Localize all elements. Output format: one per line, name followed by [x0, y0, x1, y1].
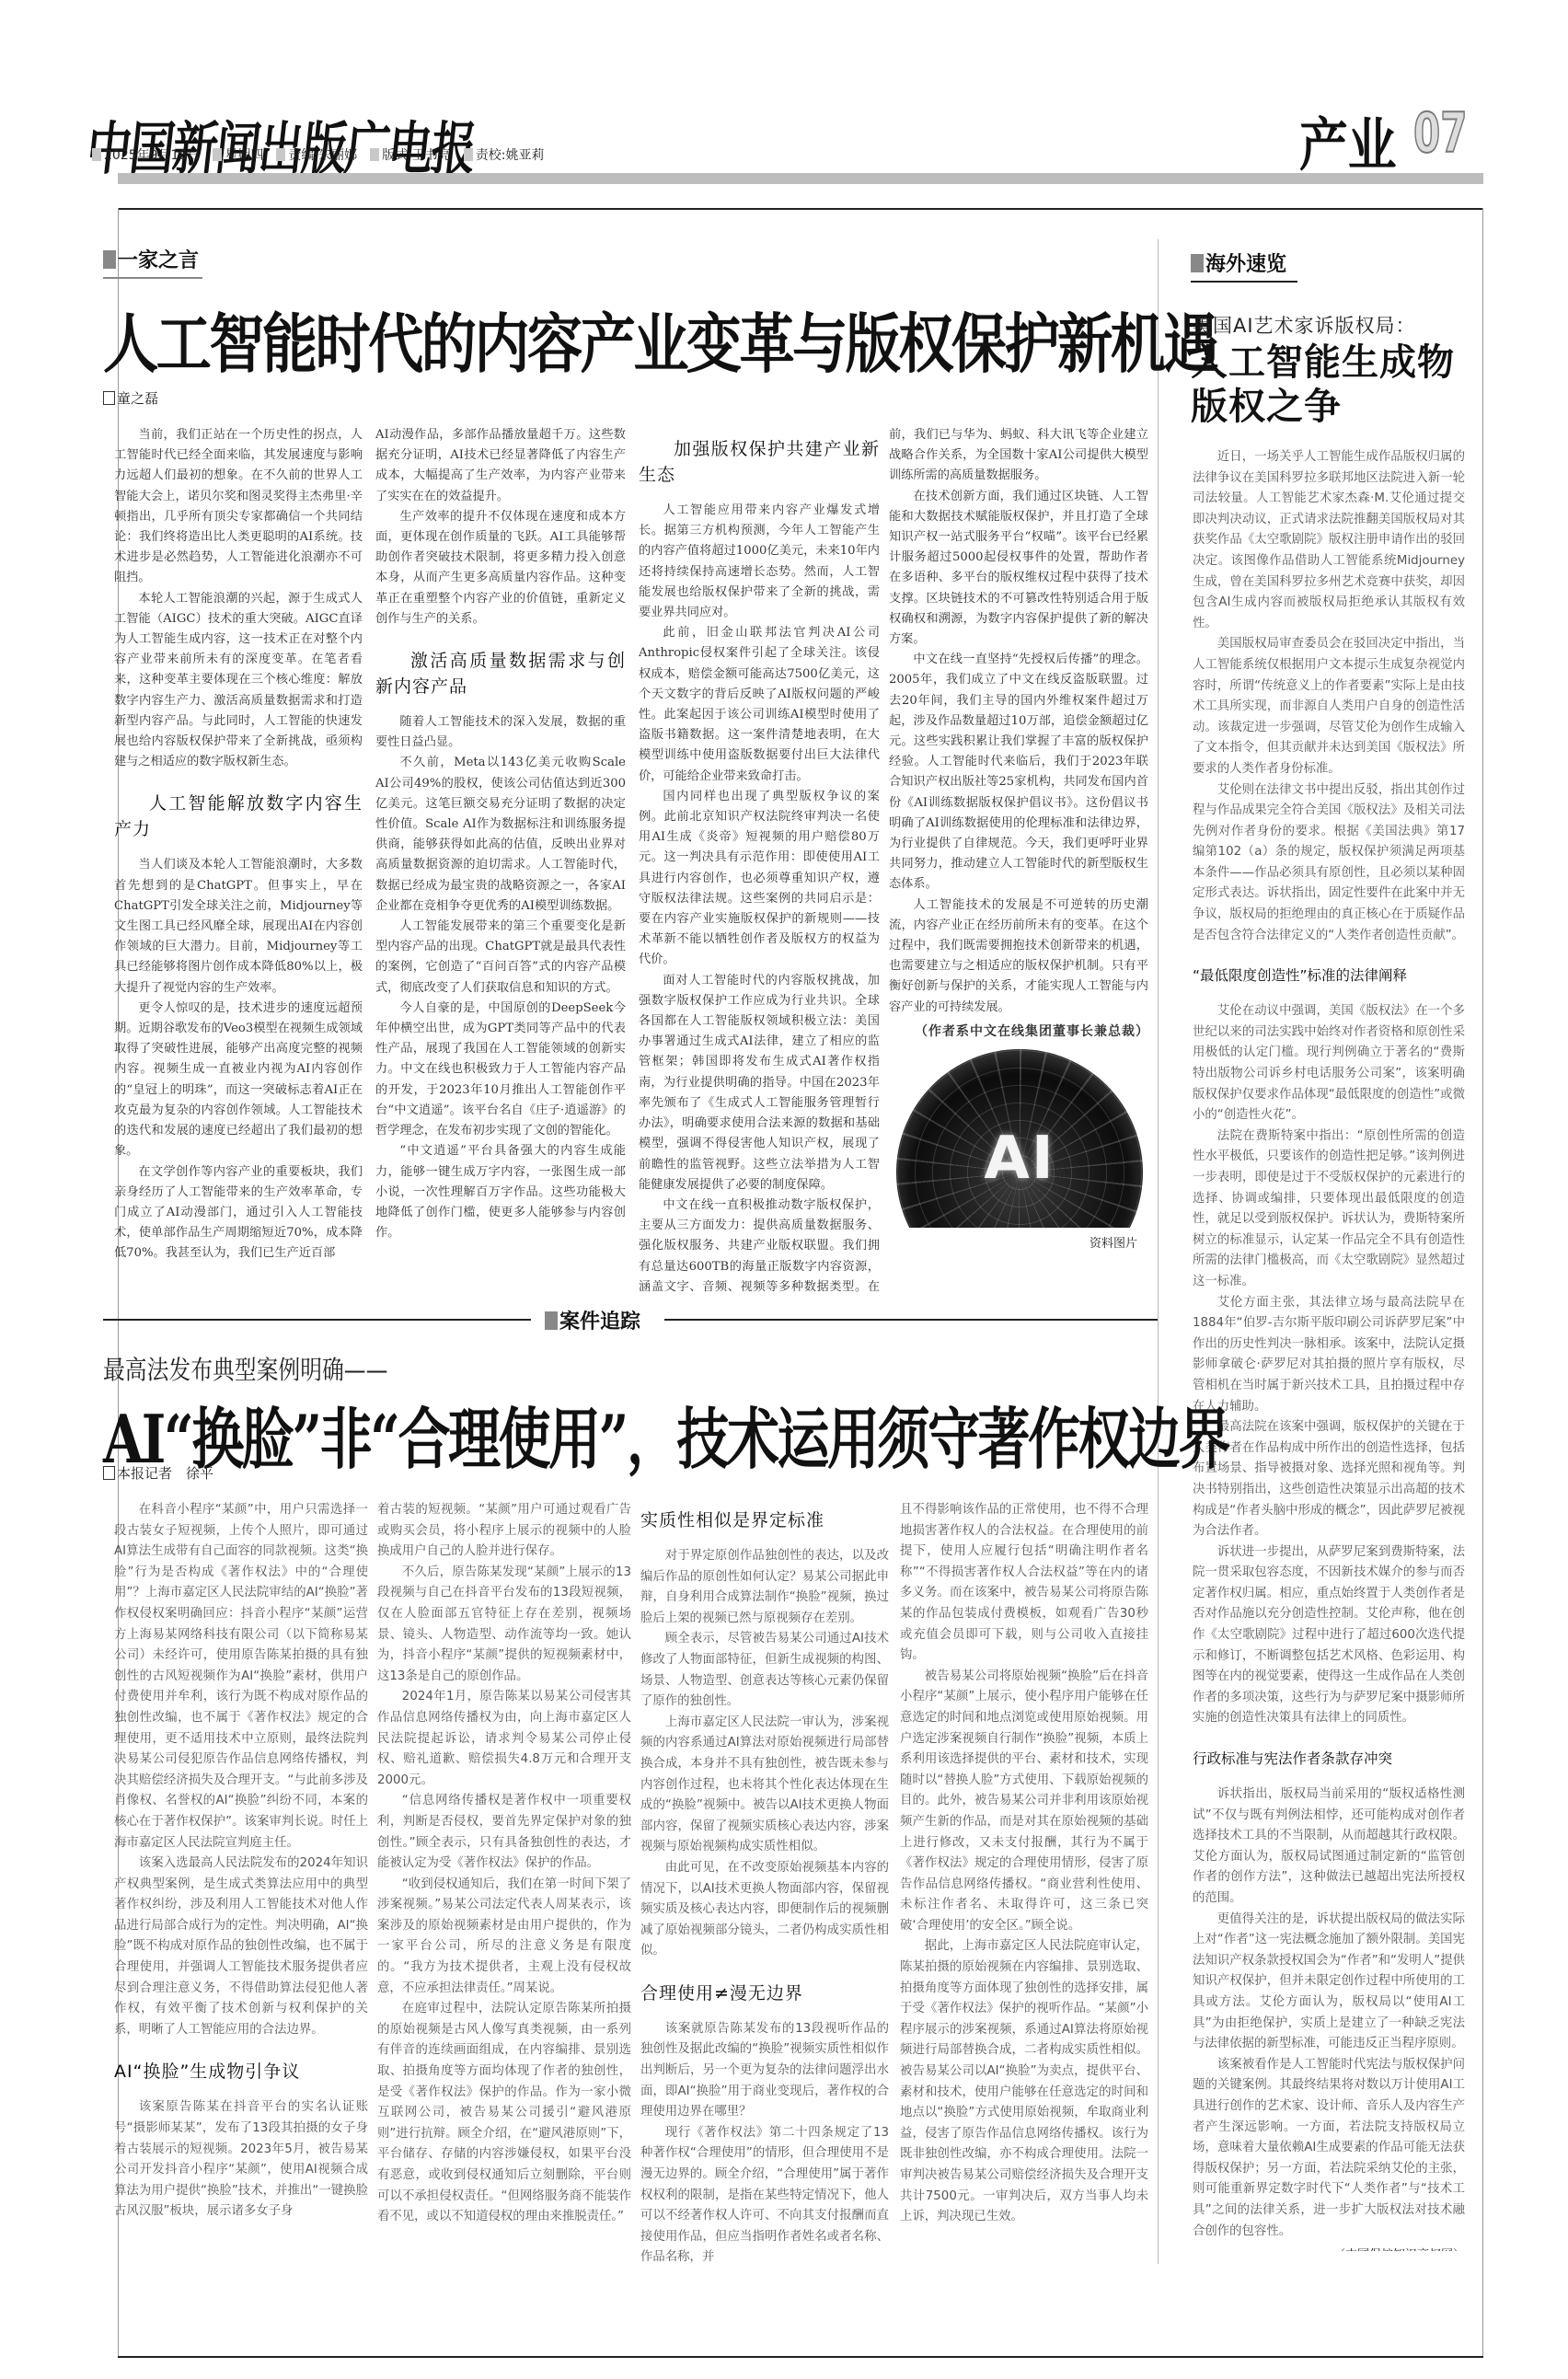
bottom-column-3: 实质性相似是界定标准 对于界定原创作品独创性的表达，以及改编后作品的原创性如何认… [640, 1500, 889, 2273]
top-column-4: 前，我们已与华为、蚂蚁、科大讯飞等企业建立战略合作关系，为全国数十家AI公司提供… [889, 425, 1148, 1040]
paragraph: 面对人工智能时代的内容版权挑战，加强数字版权保护工作应成为行业共识。全球各国都在… [639, 971, 880, 1195]
top-column-3: 加强版权保护共建产业新生态 人工智能应用带来内容产业爆发式增长。据第三方机构预测… [639, 425, 880, 1299]
paragraph: 对于界定原创作品独创性的表达，以及改编后作品的原创性如何认定？易某公司据此申辩，… [640, 1546, 889, 1629]
paragraph: 人工智能发展带来的第三个重要变化是新型内容产品的出现。ChatGPT就是最具代表… [375, 917, 626, 999]
paragraph: 该案就原告陈某发布的13段视听作品的独创性及据此改编的“换脸”视频实质性相似作出… [640, 2019, 889, 2123]
paragraph: 最高法院在该案中强调，版权保护的关键在于人类作者在作品构成中所作出的创造性选择，… [1193, 1417, 1465, 1542]
paragraph: 不久后，原告陈某发现“某颜”上展示的13段视频与自己在抖音平台发布的13段短视频… [377, 1563, 631, 1688]
column-label-haiwaisulan: 海外速览 [1191, 248, 1297, 283]
issue-weekday: 星期四 [213, 145, 263, 164]
paragraph: 本轮人工智能浪潮的兴起，源于生成式人工智能（AIGC）技术的重大突破。AIGC直… [114, 589, 363, 773]
masthead-bar [118, 173, 1483, 184]
issue-proofreader: 责校:姚亚莉 [464, 145, 545, 164]
subheading: 人工智能解放数字内容生产力 [114, 791, 363, 842]
paragraph: 人工智能技术的发展是不可逆转的历史潮流，内容产业正在经历前所未有的变革。在这个过… [889, 895, 1148, 1018]
paragraph: 艾伦则在法律文书中提出反驳，指出其创作过程与作品成果完全符合美国《版权法》及相关… [1193, 780, 1465, 947]
subheading: 激活高质量数据需求与创新内容产品 [375, 648, 626, 699]
paragraph: 在庭审过程中，法院认定原告陈某所拍摄的原始视频是古风人像写真类视频，由一系列有伴… [377, 1999, 631, 2228]
paragraph: 据此，上海市嘉定区人民法院庭审认定，陈某拍摄的原始视频在内容编排、景别选取、拍摄… [900, 1936, 1148, 2227]
top-headline: 人工智能时代的内容产业变革与版权保护新机遇 [103, 293, 1216, 386]
bullet-square-icon [464, 148, 473, 161]
paragraph: 国内同样也出现了典型版权争议的案例。此前北京知识产权法院终审判决一名使用AI生成… [639, 787, 880, 971]
section-title: 产业 [1299, 99, 1396, 181]
paragraph: 当前，我们正站在一个历史性的拐点，人工智能时代已经全面来临，其发展速度与影响力远… [114, 425, 363, 589]
subheading: AI“换脸”生成物引争议 [114, 2059, 368, 2085]
paragraph: 随着人工智能技术的深入发展，数据的重要性日益凸显。 [375, 712, 626, 753]
paragraph: 更令人惊叹的是，技术进步的速度远超预期。近期谷歌发布的Veo3模型在视频生成领域… [114, 999, 363, 1162]
bottom-byline: 本报记者 徐平 [103, 1463, 213, 1483]
bullet-square-icon [370, 148, 379, 161]
frame-top-rule [118, 208, 1483, 210]
paragraph: 在科音小程序“某颜”中，用户只需选择一段古装女子短视频，上传个人照片，即可通过A… [114, 1500, 368, 1854]
column-label-anjianzhuizong: 案件追踪 [545, 1306, 640, 1338]
sidebar-kicker: 美国AI艺术家诉版权局： [1193, 311, 1416, 339]
paragraph: 中文在线一直坚持“先授权后传播”的理念。2005年，我们成立了中文在线反盗版联盟… [889, 650, 1148, 895]
byline-box-icon [103, 1466, 115, 1480]
issue-layout: 版式:王书亮 [370, 145, 451, 164]
paragraph: 被告易某公司将原始视频“换脸”后在抖音小程序“某颜”上展示，使小程序用户能够在任… [900, 1667, 1148, 1937]
paragraph: 且不得影响该作品的正常使用，也不得不合理地损害著作权人的合法权益。在合理使用的前… [900, 1500, 1148, 1667]
paragraph: 不久前，Meta以143亿美元收购Scale AI公司49%的股权，使该公司估值… [375, 753, 626, 917]
sidebar-source-credit: （中国保护知识产权网） [1193, 2246, 1465, 2251]
paragraph: 现行《著作权法》第二十四条规定了13种著作权“合理使用”的情形，但合理使用不是漫… [640, 2123, 889, 2269]
sidebar-headline-line-2: 版权之争 [1191, 385, 1455, 429]
paragraph: AI动漫作品，多部作品播放量超千万。这些数据充分证明，AI技术已经显著降低了内容… [375, 425, 626, 507]
top-column-2: AI动漫作品，多部作品播放量超千万。这些数据充分证明，AI技术已经显著降低了内容… [375, 425, 626, 1299]
subheading: 行政标准与宪法作者条款存冲突 [1193, 1746, 1465, 1772]
paragraph: 中文在线一直积极推动数字版权保护，主要从三方面发力：提供高质量数据服务、强化版权… [639, 1195, 880, 1299]
paragraph: 该案入选最高人民法院发布的2024年知识产权典型案例，是生成式类算法应用中的典型… [114, 1854, 368, 2040]
column-label-yijiazhiyan: 一家之言 [103, 245, 202, 279]
paragraph: “收到侵权通知后，我们在第一时间下架了涉案视频。”易某公司法定代表人周某表示，该… [377, 1875, 631, 2000]
bottom-headline: AI“换脸”非“合理使用”，技术运用须守著作权边界 [103, 1386, 1228, 1482]
paragraph: 顾全表示，尽管被告易某公司通过AI技术修改了人物面部特征，但新生成视频的构图、场… [640, 1629, 889, 1712]
bullet-square-icon [92, 148, 101, 161]
bottom-column-2: 着古装的短视频。“某颜”用户可通过观看广告或购买会员，将小程序上展示的视频中的人… [377, 1500, 631, 2273]
top-column-1: 当前，我们正站在一个历史性的拐点，人工智能时代已经全面来临，其发展速度与影响力远… [114, 425, 363, 1299]
frame-right-rule [1482, 208, 1483, 2357]
ai-logo-text: AI [896, 1125, 1143, 1193]
rule-right [664, 1319, 1158, 1321]
paragraph: 2024年1月，原告陈某以易某公司侵害其作品信息网络传播权为由，向上海市嘉定区人… [377, 1687, 631, 1791]
paragraph: 更值得关注的是，诉状提出版权局的做法实际上对“作者”这一宪法概念施加了额外限制。… [1193, 1910, 1465, 2055]
paragraph: 上海市嘉定区人民法院一审认为，涉案视频的内容系通过AI算法对原始视频进行局部替换… [640, 1713, 889, 1858]
sidebar-divider [1158, 239, 1159, 2264]
issue-meta: 2025年9月18日 星期四 责编:朱丽娜 版式:王书亮 责校:姚亚莉 [92, 145, 545, 164]
paragraph: 在技术创新方面，我们通过区块链、人工智能和大数据技术赋能版权保护，并且打造了全球… [889, 487, 1148, 651]
ai-globe-graphic: AI [896, 1049, 1143, 1228]
paragraph: 由此可见，在不改变原始视频基本内容的情况下，以AI技术更换人物面部内容，保留视频… [640, 1858, 889, 1962]
bottom-kicker: 最高法发布典型案例明确—— [103, 1350, 387, 1387]
paragraph: 艾伦在动议中强调，美国《版权法》在一个多世纪以来的司法实践中始终对作者资格和原创… [1193, 1001, 1465, 1126]
paragraph: “中文逍遥”平台具备强大的内容生成能力，能够一键生成万字内容，一张图生成一部小说… [375, 1141, 626, 1243]
top-byline: 童之磊 [103, 388, 158, 408]
case-section-header: 案件追踪 [103, 1311, 1158, 1339]
paragraph: 法院在费斯特案中指出：“原创性所需的创造性水平极低，只要该作的创造性把足够。”该… [1193, 1126, 1465, 1293]
subheading: 实质性相似是界定标准 [640, 1507, 889, 1533]
ai-illustration: AI [889, 1045, 1148, 1228]
paragraph: 在文学创作等内容产业的重要板块，我们亲身经历了人工智能带来的生产效率革命，专门成… [114, 1162, 363, 1265]
author-credit: （作者系中文在线集团董事长兼总裁） [889, 1022, 1148, 1040]
paragraph: “信息网络传播权是著作权中一项重要权利，判断是否侵权，要首先界定保护对象的独创性… [377, 1791, 631, 1874]
bullet-square-icon [213, 148, 222, 161]
label-square-icon [103, 250, 116, 269]
paragraph: 该案原告陈某在抖音平台的实名认证账号“摄影师某某”，发布了13段其拍摄的女子身着… [114, 2097, 368, 2223]
page-number: 07 [1413, 101, 1467, 166]
paragraph: 今人自豪的是，中国原创的DeepSeek今年仲横空出世，成为GPT类同等产品中的… [375, 999, 626, 1141]
bottom-column-1: 在科音小程序“某颜”中，用户只需选择一段古装女子短视频，上传个人照片，即可通过A… [114, 1500, 368, 2273]
paragraph: 着古装的短视频。“某颜”用户可通过观看广告或购买会员，将小程序上展示的视频中的人… [377, 1500, 631, 1563]
paragraph: 诉状指出，版权局当前采用的“版权适格性测试”不仅与既有判例法相悖，还可能构成对创… [1193, 1784, 1465, 1910]
paragraph: 人工智能应用带来内容产业爆发式增长。据第三方机构预测，今年人工智能产生的内容产值… [639, 501, 880, 623]
bullet-square-icon [276, 148, 285, 161]
paragraph: 前，我们已与华为、蚂蚁、科大讯飞等企业建立战略合作关系，为全国数十家AI公司提供… [889, 425, 1148, 487]
paragraph: 当人们谈及本轮人工智能浪潮时，大多数首先想到的是ChatGPT。但事实上，早在C… [114, 855, 363, 998]
paragraph: 近日，一场关乎人工智能生成作品版权归属的法律争议在美国科罗拉多联邦地区法院进入新… [1193, 447, 1465, 634]
paragraph: 艾伦方面主张，其法律立场与最高法院早在1884年“伯罗-吉尔斯平版印刷公司诉萨罗… [1193, 1293, 1465, 1418]
bottom-column-4: 且不得影响该作品的正常使用，也不得不合理地损害著作权人的合法权益。在合理使用的前… [900, 1500, 1148, 2273]
issue-editor: 责编:朱丽娜 [276, 145, 357, 164]
frame-bottom-rule [118, 2356, 1483, 2358]
paragraph: 此前，旧金山联邦法官判决AI公司Anthropic侵权案件引起了全球关注。该侵权… [639, 623, 880, 787]
subheading: 加强版权保护共建产业新生态 [639, 436, 880, 488]
label-square-icon [1191, 254, 1204, 272]
sidebar-headline-line-1: 人工智能生成物 [1191, 341, 1455, 385]
rule-left [103, 1319, 531, 1321]
paragraph: 美国版权局审查委员会在驳回决定中指出，当人工智能系统仅根据用户文本提示生成复杂视… [1193, 634, 1465, 780]
sidebar-headline: 人工智能生成物 版权之争 [1191, 341, 1455, 429]
paragraph: 诉状进一步提出，从萨罗尼案到费斯特案，法院一贯采取包容态度，不因新技术媒介的参与… [1193, 1542, 1465, 1729]
issue-date: 2025年9月18日 [92, 145, 200, 164]
label-square-icon [545, 1311, 558, 1330]
image-caption: 资料图片 [1090, 1233, 1137, 1251]
byline-box-icon [103, 391, 115, 405]
subheading: “最低限度创造性”标准的法律阐释 [1193, 963, 1465, 988]
subheading: 合理使用≠漫无边界 [640, 1981, 889, 2006]
sidebar-body: 近日，一场关乎人工智能生成作品版权归属的法律争议在美国科罗拉多联邦地区法院进入新… [1193, 447, 1465, 2251]
paragraph: 该案被看作是人工智能时代宪法与版权保护问题的关键案例。其最终结果将对数以万计使用… [1193, 2055, 1465, 2242]
paragraph: 生产效率的提升不仅体现在速度和成本方面，更体现在创作质量的飞跃。AI工具能够帮助… [375, 507, 626, 629]
